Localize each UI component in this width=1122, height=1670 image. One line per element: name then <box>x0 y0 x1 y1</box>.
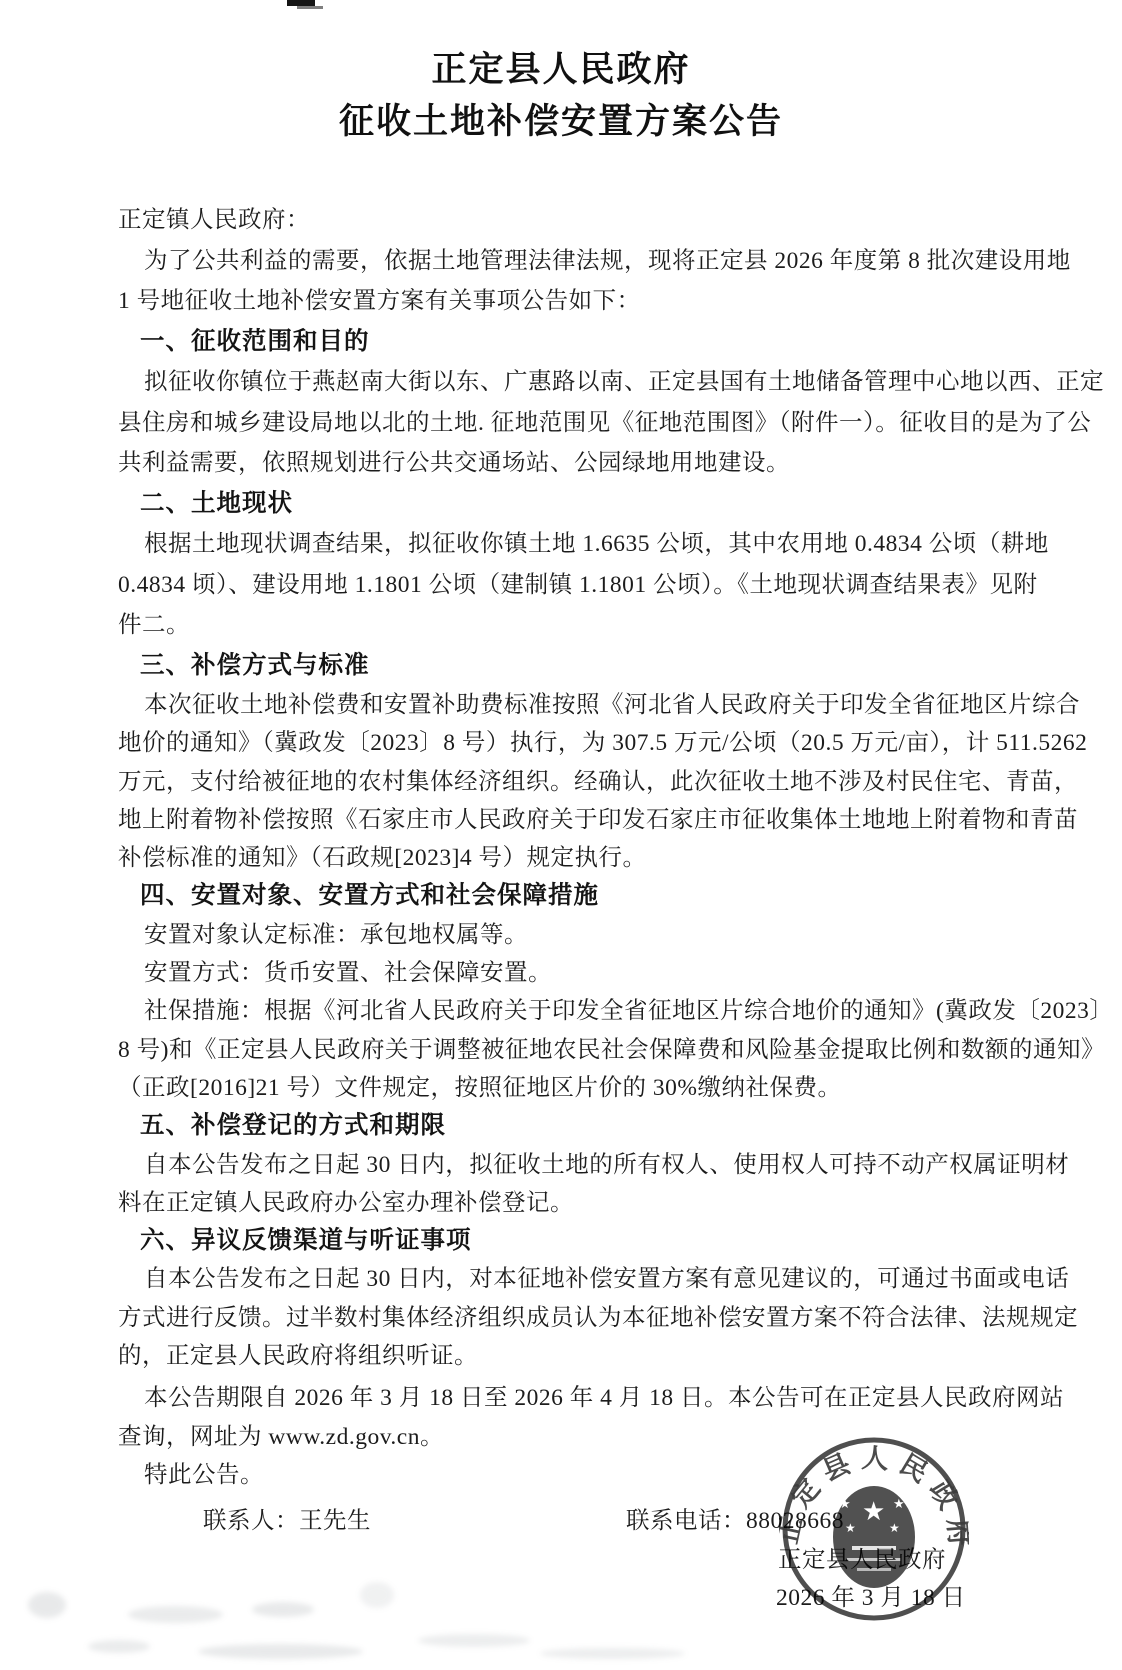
scan-smudge <box>360 1582 394 1608</box>
body-line: 件二。 <box>118 605 1018 646</box>
document-body: 正定镇人民政府： 为了公共利益的需要，依据土地管理法律法规，现将正定县 2026… <box>118 200 1018 1617</box>
body-line: 县住房和城乡建设局地以北的土地. 征地范围见《征地范围图》（附件一）。征收目的是… <box>118 403 1018 444</box>
body-line: 安置方式：货币安置、社会保障安置。 <box>118 954 1018 992</box>
section-heading: 六、异议反馈渠道与听证事项 <box>118 1222 1018 1260</box>
section-heading: 四、安置对象、安置方式和社会保障措施 <box>118 877 1018 915</box>
section-heading: 三、补偿方式与标准 <box>118 646 1018 687</box>
scan-smudge <box>128 1606 223 1623</box>
body-line: 8 号)和《正定县人民政府关于调整被征地农民社会保障费和风险基金提取比例和数额的… <box>118 1031 1018 1069</box>
body-line: （正政[2016]21 号）文件规定，按照征地区片价的 30%缴纳社保费。 <box>118 1069 1018 1107</box>
body-line: 安置对象认定标准：承包地权属等。 <box>118 916 1018 954</box>
section-heading: 二、土地现状 <box>118 484 1018 525</box>
emblem-star-icon: ★ <box>893 1496 905 1511</box>
body-line: 地价的通知》（冀政发〔2023〕8 号）执行，为 307.5 万元/公顷（20.… <box>118 724 1018 762</box>
scan-smudge <box>88 1640 150 1653</box>
body-line: 万元，支付给被征地的农村集体经济组织。经确认，此次征收土地不涉及村民住宅、青苗， <box>118 763 1018 801</box>
emblem-star-icon: ★ <box>862 1497 885 1526</box>
emblem-star-icon: ★ <box>845 1521 856 1535</box>
title-line-1: 正定县人民政府 <box>0 44 1122 96</box>
body-line: 补偿标准的通知》（石政规[2023]4 号）规定执行。 <box>118 839 1018 877</box>
body-line: 自本公告发布之日起 30 日内，拟征收土地的所有权人、使用权人可持不动产权属证明… <box>118 1146 1018 1184</box>
scanned-document-page: 正定县人民政府 征收土地补偿安置方案公告 正定镇人民政府： 为了公共利益的需要，… <box>0 0 1122 1670</box>
section-heading: 五、补偿登记的方式和期限 <box>118 1107 1018 1145</box>
body-line: 共利益需要，依照规划进行公共交通场站、公园绿地用地建设。 <box>118 443 1018 484</box>
body-line: 本次征收土地补偿费和安置补助费标准按照《河北省人民政府关于印发全省征地区片综合 <box>118 686 1018 724</box>
title-line-2: 征收土地补偿安置方案公告 <box>0 96 1122 148</box>
scan-artifact <box>297 6 323 9</box>
section-heading: 一、征收范围和目的 <box>118 322 1018 363</box>
body-line: 为了公共利益的需要，依据土地管理法律法规，现将正定县 2026 年度第 8 批次… <box>118 241 1018 282</box>
body-line: 0.4834 顷）、建设用地 1.1801 公顷（建制镇 1.1801 公顷）。… <box>118 565 1018 606</box>
body-line: 地上附着物补偿按照《石家庄市人民政府关于印发石家庄市征收集体土地地上附着物和青苗 <box>118 801 1018 839</box>
scan-smudge <box>540 1648 685 1659</box>
scan-smudge <box>252 1602 314 1617</box>
body-line: 方式进行反馈。过半数村集体经济组织成员认为本征地补偿安置方案不符合法律、法规规定 <box>118 1299 1018 1337</box>
emblem-star-icon: ★ <box>839 1496 851 1511</box>
emblem-star-icon: ★ <box>889 1521 900 1535</box>
official-seal: 正定县人民政府 ★ ★ ★ ★ ★ <box>779 1434 969 1624</box>
salutation: 正定镇人民政府： <box>118 200 1018 241</box>
national-emblem-icon: ★ ★ ★ ★ ★ <box>833 1486 915 1588</box>
body-line: 自本公告发布之日起 30 日内，对本征地补偿安置方案有意见建议的，可通过书面或电… <box>118 1260 1018 1298</box>
body-line: 拟征收你镇位于燕赵南大街以东、广惠路以南、正定县国有土地储备管理中心地以西、正定 <box>118 362 1018 403</box>
body-line: 根据土地现状调查结果，拟征收你镇土地 1.6635 公顷，其中农用地 0.483… <box>118 524 1018 565</box>
scan-smudge <box>28 1592 66 1618</box>
document-title: 正定县人民政府 征收土地补偿安置方案公告 <box>0 44 1122 148</box>
body-line: 1 号地征收土地补偿安置方案有关事项公告如下： <box>118 281 1018 322</box>
scan-smudge <box>418 1634 530 1647</box>
body-line: 社保措施：根据《河北省人民政府关于印发全省征地区片综合地价的通知》(冀政发〔20… <box>118 992 1018 1030</box>
body-line: 料在正定镇人民政府办公室办理补偿登记。 <box>118 1184 1018 1222</box>
contact-person: 联系人：王先生 <box>203 1508 371 1534</box>
body-line: 本公告期限自 2026 年 3 月 18 日至 2026 年 4 月 18 日。… <box>118 1379 1018 1417</box>
body-line: 的，正定县人民政府将组织听证。 <box>118 1337 1018 1375</box>
scan-smudge <box>198 1644 363 1659</box>
